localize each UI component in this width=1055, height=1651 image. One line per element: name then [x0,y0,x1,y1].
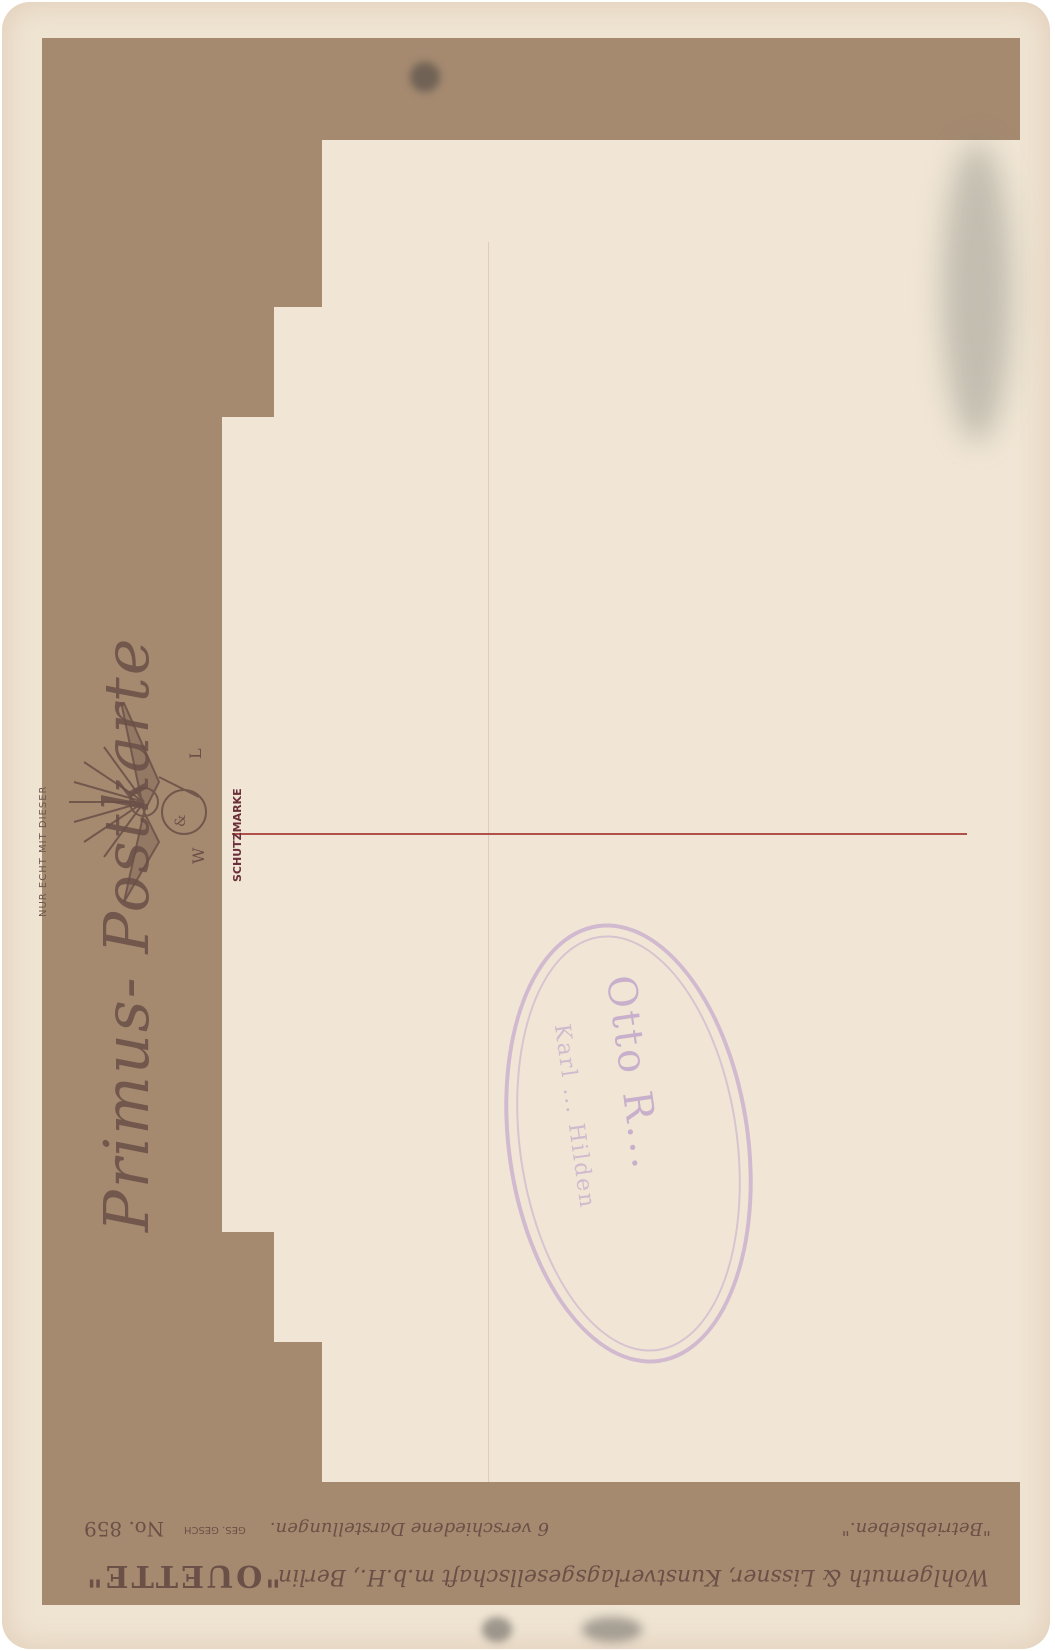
svg-text:L: L [186,748,205,759]
faint-vertical-line [488,242,489,1482]
series-subtitle: "Betriebsleben." [842,1518,991,1539]
series-title: "OUETTE" [84,1558,281,1593]
publisher-imprint: Wohlgemuth & Lissner, Kunstverlagsgesell… [64,1492,1019,1597]
postcard-back: Primus- Postkarte NUR ECHT MIT DIESER SC… [2,2,1050,1649]
frame-left-step1 [42,307,274,417]
frame-left-upper [42,140,322,307]
variants-note: 6 verschiedene Darstellungen. [270,1518,549,1539]
edge-note: NUR ECHT MIT DIESER [38,786,49,917]
svg-text:W: W [189,847,208,864]
registered-mark: GES. GESCH [184,1524,246,1535]
ink-spot [410,62,440,92]
svg-text:&: & [173,815,189,827]
frame-left-lower [42,1342,322,1482]
writing-area-step [274,307,322,1342]
ink-spot [482,1617,512,1642]
ink-smudge [942,142,1012,442]
bird-logo-icon: & W L [64,702,234,962]
frame-top-band [42,38,1020,140]
divider-line [232,833,967,835]
publisher-line: Wohlgemuth & Lissner, Kunstverlagsgesell… [278,1564,989,1589]
frame-left-step2 [42,1232,274,1342]
ink-spot [582,1617,642,1642]
card-number: No. 859 [84,1517,164,1541]
